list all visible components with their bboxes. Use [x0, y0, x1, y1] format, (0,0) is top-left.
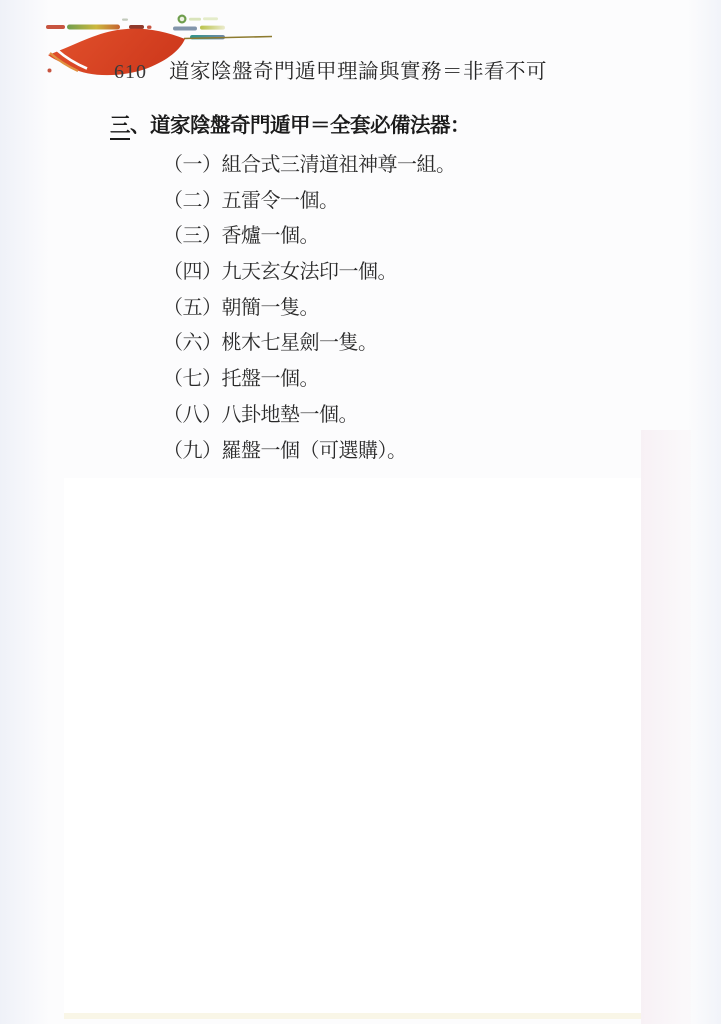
section-number: 三 [110, 115, 130, 140]
page-number: 610 [114, 61, 147, 84]
list-item: （八）八卦地墊一個。 [163, 398, 456, 434]
logo-circle-green [179, 16, 186, 23]
logo-dot-red [147, 26, 152, 29]
section-heading: 三、道家陰盤奇門遁甲＝全套必備法器： [110, 112, 470, 140]
logo-dash-yellowgreen [200, 26, 225, 30]
blank-image-area [64, 478, 641, 1013]
book-page: 610 道家陰盤奇門遁甲理論與實務＝非看不可 三、道家陰盤奇門遁甲＝全套必備法器… [0, 0, 721, 1024]
list-item: （三）香爐一個。 [163, 219, 456, 255]
scan-shade-left [0, 0, 50, 1024]
scan-shade-right-edge [687, 0, 721, 1024]
ritual-items-list: （一）組合式三清道祖神尊一組。 （二）五雷令一個。 （三）香爐一個。 （四）九天… [163, 148, 456, 469]
logo-dash-red [46, 25, 65, 29]
logo-tip-dot [48, 69, 52, 73]
logo-dash-faint [122, 19, 128, 21]
list-item: （七）托盤一個。 [163, 362, 456, 398]
logo-dash-maroon [129, 25, 144, 29]
scan-shade-bottom [64, 1013, 641, 1019]
list-item: （六）桃木七星劍一隻。 [163, 326, 456, 362]
list-item: （九）羅盤一個（可選購）。 [163, 434, 456, 470]
running-header: 610 道家陰盤奇門遁甲理論與實務＝非看不可 [114, 54, 547, 84]
list-item: （五）朝簡一隻。 [163, 291, 456, 327]
logo-dash-palegreen-2 [203, 17, 218, 20]
section-title: 、道家陰盤奇門遁甲＝全套必備法器： [130, 115, 470, 137]
logo-dash-gradient [67, 25, 120, 30]
scan-shade-right-pink [641, 430, 691, 1024]
list-item: （四）九天玄女法印一個。 [163, 255, 456, 291]
logo-dash-palegreen [189, 18, 201, 21]
list-item: （一）組合式三清道祖神尊一組。 [163, 148, 456, 184]
list-item: （二）五雷令一個。 [163, 184, 456, 220]
logo-dash-steelblue [173, 27, 197, 31]
book-title: 道家陰盤奇門遁甲理論與實務＝非看不可 [169, 54, 547, 84]
